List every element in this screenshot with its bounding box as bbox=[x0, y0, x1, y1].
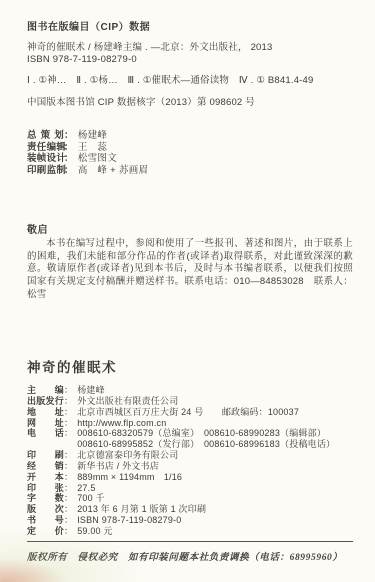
row-publisher: 出版发行：外文出版社有限责任公司 bbox=[27, 396, 353, 407]
colon-separator: ： bbox=[64, 142, 74, 154]
notice-body: 本书在编写过程中，参阅和使用了一些报刊、著述和图片，由于联系上的困难，我们未能和… bbox=[27, 238, 353, 302]
colon-separator: ： bbox=[64, 396, 73, 407]
row-label: 电话 bbox=[27, 428, 64, 439]
row-binding-design: 装帧设计：松雪图文 bbox=[27, 153, 353, 165]
row-phone: 电话：008610-68320579（总编室） 008610-68990283（… bbox=[27, 428, 353, 439]
book-title: 神奇的催眠术 bbox=[27, 356, 353, 376]
copyright-page: 图书在版编目（CIP）数据 神奇的催眠术 / 杨建峰主编 . —北京：外文出版社… bbox=[0, 0, 375, 582]
row-label: 印刷监制 bbox=[27, 165, 64, 177]
colon-separator: ： bbox=[64, 450, 73, 461]
row-chief-planner: 总策划：杨建峰 bbox=[27, 130, 353, 142]
colon-separator: ： bbox=[64, 483, 73, 494]
footer-divider bbox=[27, 541, 353, 542]
row-distributor: 经销：新华书店 / 外文书店 bbox=[27, 461, 353, 472]
colon-separator: ： bbox=[64, 407, 73, 418]
row-label: 装帧设计 bbox=[27, 153, 64, 165]
notice-heading: 敬启 bbox=[27, 224, 353, 237]
colon-separator: ： bbox=[64, 428, 73, 439]
row-value: 北京市西城区百万庄大街 24 号 邮政编码：100037 bbox=[77, 407, 299, 418]
row-value: 59.00 元 bbox=[77, 526, 112, 537]
row-label: 网址 bbox=[27, 418, 64, 429]
website-url: http://www.flp.com.cn bbox=[77, 418, 166, 429]
row-label: 地址 bbox=[27, 407, 64, 418]
row-label: 版次 bbox=[27, 504, 64, 515]
row-label: 印刷 bbox=[27, 450, 64, 461]
row-label: 书号 bbox=[27, 515, 64, 526]
notice-section: 敬启 本书在编写过程中，参阅和使用了一些报刊、著述和图片，由于联系上的困难，我们… bbox=[27, 224, 353, 302]
row-value: 杨建峰 bbox=[77, 385, 105, 396]
row-label: 开本 bbox=[27, 472, 64, 483]
colon-separator: ： bbox=[64, 472, 73, 483]
cip-section: 图书在版编目（CIP）数据 神奇的催眠术 / 杨建峰主编 . —北京：外文出版社… bbox=[27, 22, 353, 109]
row-value: 北京德富泰印务有限公司 bbox=[77, 450, 178, 461]
row-value: ISBN 978-7-119-08279-0 bbox=[77, 515, 181, 526]
row-value: 新华书店 / 外文书店 bbox=[77, 461, 159, 472]
cip-heading: 图书在版编目（CIP）数据 bbox=[27, 22, 353, 34]
row-label: 印张 bbox=[27, 483, 64, 494]
row-value: 008610-68995852（发行部） 008610-68996183（投稿电… bbox=[77, 439, 335, 450]
row-value: 高 峰 + 苏画眉 bbox=[78, 165, 149, 177]
row-label: 总策划 bbox=[27, 130, 64, 142]
row-value: 889mm × 1194mm 1/16 bbox=[77, 472, 182, 483]
row-format: 开本：889mm × 1194mm 1/16 bbox=[27, 472, 353, 483]
row-printer: 印刷：北京德富泰印务有限公司 bbox=[27, 450, 353, 461]
row-book-number: 书号：ISBN 978-7-119-08279-0 bbox=[27, 515, 353, 526]
colon-separator: ： bbox=[64, 493, 73, 504]
row-address: 地址：北京市西城区百万庄大街 24 号 邮政编码：100037 bbox=[27, 407, 353, 418]
colon-separator: ： bbox=[64, 153, 74, 165]
cip-classification-line: Ⅰ . ①神… Ⅱ . ①杨… Ⅲ . ①催眠术—通俗读物 Ⅳ . ① B841… bbox=[27, 75, 353, 87]
cip-record-line: 中国版本图书馆 CIP 数据核字（2013）第 098602 号 bbox=[27, 97, 353, 109]
row-edition: 版次：2013 年 6 月第 1 版第 1 次印刷 bbox=[27, 504, 353, 515]
staff-section: 总策划：杨建峰 责任编辑：王 蕊 装帧设计：松雪图文 印刷监制：高 峰 + 苏画… bbox=[27, 130, 353, 176]
row-label: 定价 bbox=[27, 526, 64, 537]
row-value: 700 千 bbox=[77, 493, 105, 504]
row-chief-editor: 主编：杨建峰 bbox=[27, 385, 353, 396]
row-printed-sheets: 印张：27.5 bbox=[27, 483, 353, 494]
copyright-statement: 版权所有 侵权必究 如有印装问题本社负责调换（电话：68995960） bbox=[27, 549, 353, 563]
row-label: 责任编辑 bbox=[27, 142, 64, 154]
row-website: 网址：http://www.flp.com.cn bbox=[27, 418, 353, 429]
cip-isbn-line: ISBN 978-7-119-08279-0 bbox=[27, 54, 353, 66]
row-value: 008610-68320579（总编室） 008610-68990283（编辑部… bbox=[77, 428, 326, 439]
row-value: 2013 年 6 月第 1 版第 1 次印刷 bbox=[77, 504, 206, 515]
row-label: 经销 bbox=[27, 461, 64, 472]
row-print-supervisor: 印刷监制：高 峰 + 苏画眉 bbox=[27, 165, 353, 177]
colon-separator: ： bbox=[64, 461, 73, 472]
row-value: 松雪图文 bbox=[78, 153, 117, 165]
colon-separator: ： bbox=[64, 504, 73, 515]
colon-separator: ： bbox=[64, 130, 74, 142]
row-label: 字数 bbox=[27, 493, 64, 504]
colophon-section: 主编：杨建峰 出版发行：外文出版社有限责任公司 地址：北京市西城区百万庄大街 2… bbox=[27, 385, 353, 537]
row-word-count: 字数：700 千 bbox=[27, 493, 353, 504]
row-value: 27.5 bbox=[77, 483, 95, 494]
row-value: 杨建峰 bbox=[78, 130, 107, 142]
row-value: 王 蕊 bbox=[78, 142, 107, 154]
cip-title-line: 神奇的催眠术 / 杨建峰主编 . —北京：外文出版社， 2013 bbox=[27, 42, 353, 54]
row-price: 定价：59.00 元 bbox=[27, 526, 353, 537]
row-phone-continued: ：008610-68995852（发行部） 008610-68996183（投稿… bbox=[27, 439, 353, 450]
row-value: 外文出版社有限责任公司 bbox=[77, 396, 178, 407]
row-managing-editor: 责任编辑：王 蕊 bbox=[27, 142, 353, 154]
colon-separator: ： bbox=[64, 385, 73, 396]
row-label: 主编 bbox=[27, 385, 64, 396]
colon-separator: ： bbox=[64, 165, 74, 177]
colon-separator: ： bbox=[64, 418, 73, 429]
colon-separator: ： bbox=[64, 515, 73, 526]
row-label: 出版发行 bbox=[27, 396, 64, 407]
colon-separator: ： bbox=[64, 526, 73, 537]
